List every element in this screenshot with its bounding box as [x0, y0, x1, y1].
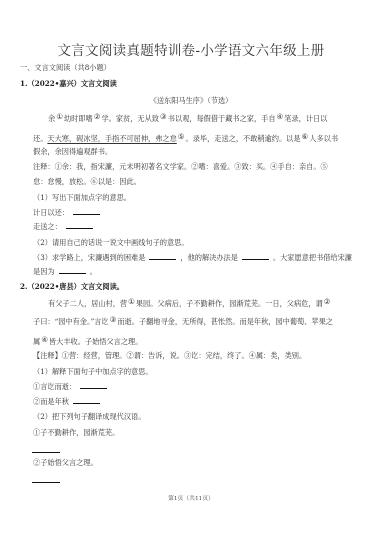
passage-1-line-2: 还。天大寒，砚冰坚，手指不可屈伸，弗之怠⑤。录毕，走送之，不敢稍逾约。以是⑥人多…: [33, 132, 338, 144]
passage-1-line-1: 余①幼时即嗜②学。家贫，无从致③书以观，每假借于藏书之家，手自④笔录，计日以: [48, 112, 327, 124]
footnote-marker: ①: [56, 112, 63, 121]
answer-blank[interactable]: [80, 383, 107, 389]
answer-blank[interactable]: [59, 268, 86, 274]
answer-line[interactable]: [32, 452, 60, 453]
footnote-marker: ④: [277, 112, 284, 121]
passage-2-line-1: 有父子二人，居山村，营①果园。父病后，子不勤耕作，园渐荒芜。一日，父病危，谓②: [48, 297, 331, 309]
q2-1-item-2: ②而是年秋: [33, 397, 104, 407]
section-heading: 一、文言文阅读（共8小题）: [20, 63, 111, 73]
question-2-label: 2.（2022•唐县）文言文阅读。: [20, 282, 124, 292]
answer-blank[interactable]: [73, 209, 100, 215]
q1-3-prompt-cont: 是因为。: [33, 267, 97, 277]
footnote-marker: ③: [110, 315, 117, 324]
footnote-marker: ⑤: [178, 132, 185, 141]
document-page: 文言文阅读真题特训卷-小学语文六年级上册 一、文言文阅读（共8小题） 1.（20…: [0, 0, 382, 540]
q2-2-item-2: ②子始悟父言之理。: [33, 458, 98, 468]
answer-blank[interactable]: [66, 223, 93, 229]
q2-1-prompt: （1）解释下面句子中加点字的意思。: [33, 367, 153, 377]
q1-1-item-1: 计日以还：: [33, 208, 104, 218]
answer-blank[interactable]: [73, 398, 100, 404]
q1-3-prompt: （3）求学路上，宋濂遇到的困难是，他的解决办法是。大家愿意把书借给宋濂: [33, 253, 352, 263]
q2-2-item-1: ①子不勤耕作，园渐荒芜。: [33, 428, 119, 438]
q1-2-prompt: （2）请用自己的话说一说文中画线句子的意思。: [33, 238, 189, 248]
footnote-marker: ④: [41, 335, 48, 344]
question-1-label: 1.（2022•嘉兴）文言文阅读: [20, 79, 117, 89]
q2-1-item-1: ①言讫而逝：: [33, 382, 111, 392]
notes-2: 【注释】①营：经营，管理。②谓：告诉，说。③讫：完结，终了。④属：类，类别。: [33, 351, 306, 361]
page-footer: 第1页（共11页）: [0, 493, 382, 502]
footnote-marker: ②: [94, 112, 101, 121]
passage-1-title: 《送东阳马生序》（节选）: [0, 96, 382, 106]
notes-1-line-2: 怠：怠慢，放松。⑥以是：因此。: [33, 177, 141, 187]
page-title: 文言文阅读真题特训卷-小学语文六年级上册: [0, 39, 382, 59]
underlined-sentence: 天大寒，砚冰坚，手指不可屈伸，弗之怠: [47, 134, 176, 143]
footnote-marker: ①: [128, 297, 135, 306]
answer-line[interactable]: [32, 482, 60, 483]
passage-2-line-2: 子曰：“园中有金。”言讫③而逝。子翻地寻金，无所得，甚怅然。而是年秋，园中葡萄、…: [33, 315, 333, 327]
footnote-marker: ③: [160, 112, 167, 121]
q2-2-prompt: （2）把下列句子翻译成现代汉语。: [33, 412, 145, 422]
passage-2-line-3: 属④皆大丰收。子始悟父言之理。: [33, 335, 142, 347]
footnote-marker: ②: [324, 297, 331, 306]
answer-blank[interactable]: [149, 254, 176, 260]
notes-1-line-1: 注释：①余：我，指宋濂，元末明初著名文学家。②嗜：喜爱。③致：买。④手自：亲自。…: [33, 162, 328, 172]
q1-1-prompt: （1）写出下面加点字的意思。: [33, 193, 131, 203]
passage-1-line-3: 假余，余因得遍观群书。: [33, 147, 112, 157]
footnote-marker: ⑥: [302, 132, 309, 141]
q1-1-item-2: 走送之：: [33, 222, 97, 232]
answer-blank[interactable]: [242, 254, 269, 260]
